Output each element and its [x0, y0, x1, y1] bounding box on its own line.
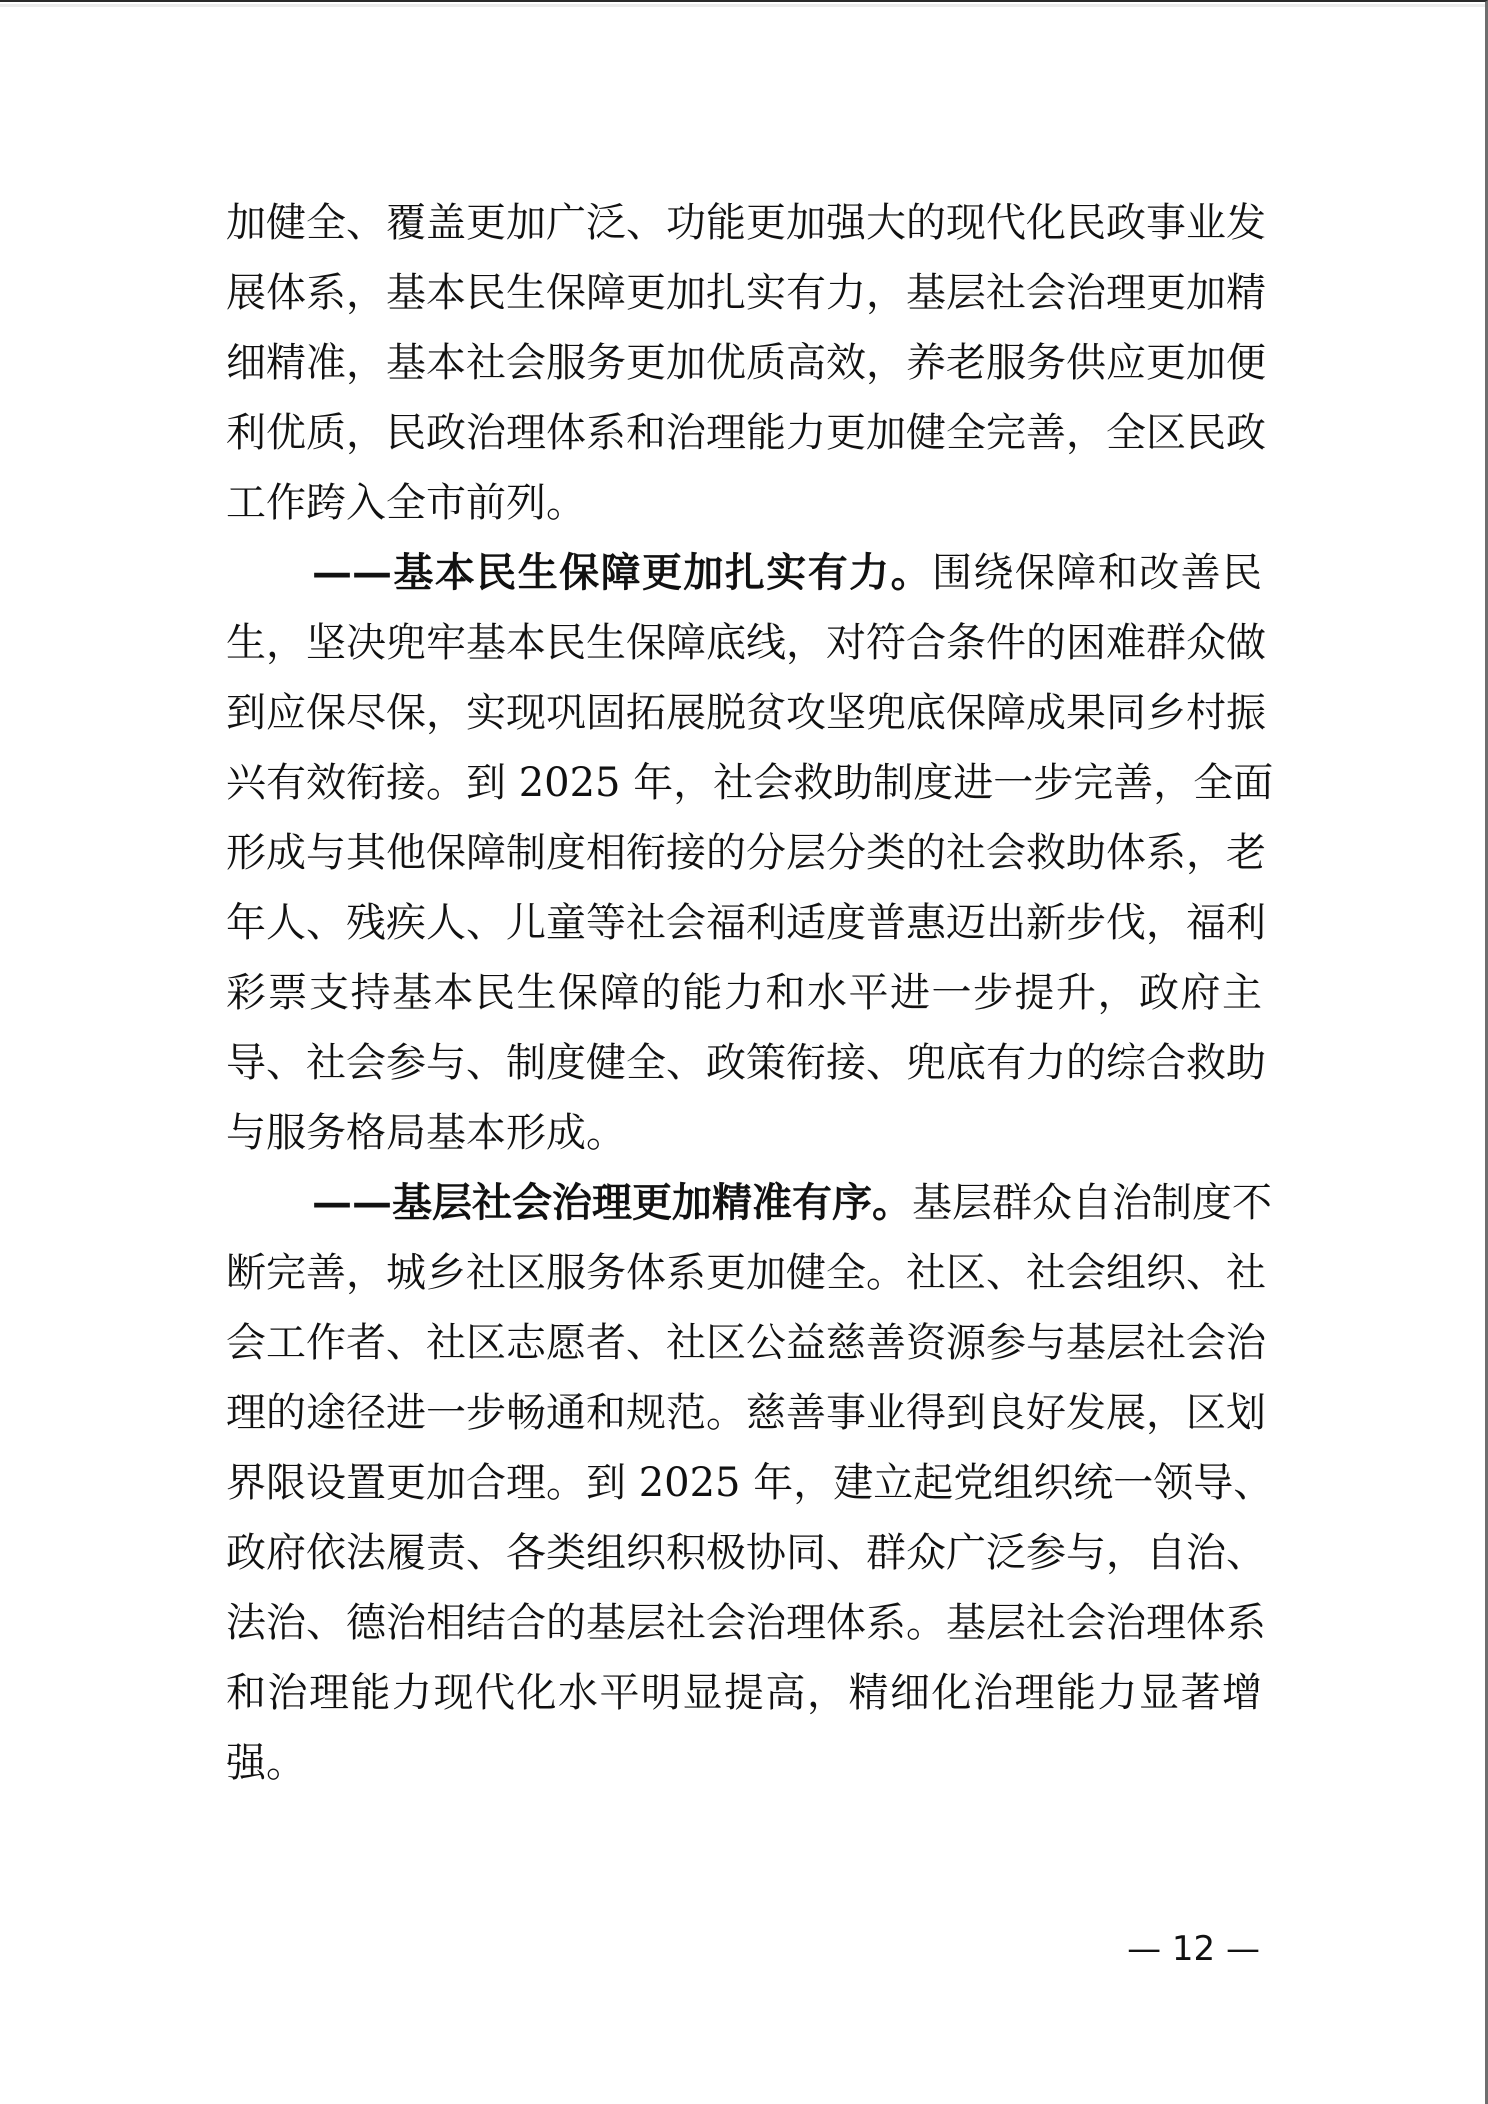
paragraph-3-line-1-text: 基层群众自治制度不	[912, 1180, 1272, 1226]
paragraph-2-line-1-text: 围绕保障和改善民	[932, 550, 1262, 596]
paragraph-3-line-7: 法治、德治相结合的基层社会治理体系。基层社会治理体系	[226, 1595, 1262, 1665]
paragraph-1-line-3: 细精准，基本社会服务更加优质高效，养老服务供应更加便	[226, 335, 1262, 405]
paragraph-3-line-5: 界限设置更加合理。到 2025 年，建立起党组织统一领导、	[226, 1455, 1262, 1525]
paragraph-2-line-6: 年人、残疾人、儿童等社会福利适度普惠迈出新步伐，福利	[226, 895, 1262, 965]
paragraph-3-line-9: 强。	[226, 1735, 1262, 1805]
paragraph-3-line-2: 断完善，城乡社区服务体系更加健全。社区、社会组织、社	[226, 1245, 1262, 1315]
paragraph-3-line-6: 政府依法履责、各类组织积极协同、群众广泛参与，自治、	[226, 1525, 1262, 1595]
paragraph-1-line-2: 展体系，基本民生保障更加扎实有力，基层社会治理更加精	[226, 265, 1262, 335]
paragraph-1-line-5: 工作跨入全市前列。	[226, 475, 1262, 545]
paragraph-3-heading: ——基层社会治理更加精准有序。	[312, 1179, 912, 1226]
paragraph-2-line-9: 与服务格局基本形成。	[226, 1105, 1262, 1175]
paragraph-3-line-4: 理的途径进一步畅通和规范。慈善事业得到良好发展，区划	[226, 1385, 1262, 1455]
top-edge-shade	[0, 4, 1485, 7]
paragraph-2-heading: ——基本民生保障更加扎实有力。	[312, 549, 932, 596]
paragraph-2-line-3: 到应保尽保，实现巩固拓展脱贫攻坚兜底保障成果同乡村振	[226, 685, 1262, 755]
paragraph-2-line-8: 导、社会参与、制度健全、政策衔接、兜底有力的综合救助	[226, 1035, 1262, 1105]
page-number: — 12 —	[1110, 1924, 1260, 1974]
paragraph-2-line-7: 彩票支持基本民生保障的能力和水平进一步提升，政府主	[226, 965, 1262, 1035]
paragraph-2-line-4: 兴有效衔接。到 2025 年，社会救助制度进一步完善，全面	[226, 755, 1262, 825]
paragraph-1-line-4: 利优质，民政治理体系和治理能力更加健全完善，全区民政	[226, 405, 1262, 475]
paragraph-3-line-8: 和治理能力现代化水平明显提高，精细化治理能力显著增	[226, 1665, 1262, 1735]
paragraph-3-line-1: ——基层社会治理更加精准有序。基层群众自治制度不	[226, 1175, 1262, 1245]
paragraph-2-line-1: ——基本民生保障更加扎实有力。围绕保障和改善民	[226, 545, 1262, 615]
paragraph-2-line-5: 形成与其他保障制度相衔接的分层分类的社会救助体系，老	[226, 825, 1262, 895]
paragraph-3-line-3: 会工作者、社区志愿者、社区公益慈善资源参与基层社会治	[226, 1315, 1262, 1385]
document-body: 加健全、覆盖更加广泛、功能更加强大的现代化民政事业发 展体系，基本民生保障更加扎…	[226, 195, 1262, 1805]
paragraph-2-line-2: 生，坚决兜牢基本民生保障底线，对符合条件的困难群众做	[226, 615, 1262, 685]
document-page: 加健全、覆盖更加广泛、功能更加强大的现代化民政事业发 展体系，基本民生保障更加扎…	[0, 0, 1488, 2104]
paragraph-1-line-1: 加健全、覆盖更加广泛、功能更加强大的现代化民政事业发	[226, 195, 1262, 265]
